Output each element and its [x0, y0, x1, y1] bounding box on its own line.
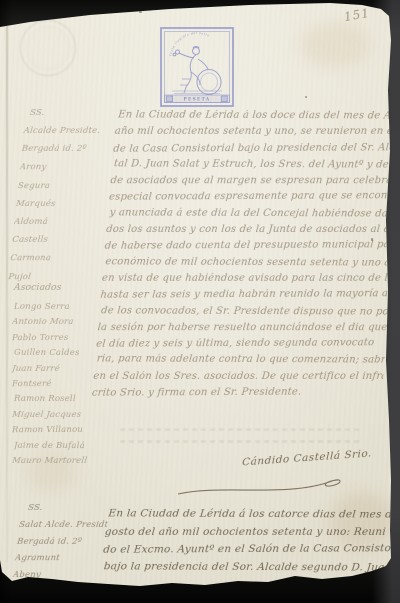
entry2-body-text: En la Ciudad de Lérida á los catorce dia…	[101, 506, 399, 576]
manuscript-line: hasta ser las seis y media habrán reunid…	[100, 287, 391, 305]
asociados-list: Longo SerraAntonio MoraPablo TorresGuill…	[12, 300, 104, 469]
manuscript-line: tal D. Juan Salat y Estruch, los Sres. d…	[113, 156, 400, 174]
manuscript-line: de asociados que al margen se espresan p…	[110, 173, 400, 189]
asociado-name: Antonio Mora	[11, 315, 105, 330]
stamp-value-text: PESETA	[183, 97, 210, 102]
age-stain	[300, 22, 370, 68]
binding-crease	[6, 22, 8, 562]
asociado-name: Guillen Caldes	[14, 346, 104, 362]
attendee-name: Aldomá	[13, 213, 103, 231]
manuscript-page: 151 texto ilegible del sello	[0, 0, 400, 603]
attendee-margin-list-2: SS. Salat Alcde. Presidte.Bergadá id. 2º…	[16, 500, 104, 583]
manuscript-line: en vista de que habiéndose avisado para …	[101, 271, 392, 287]
margin-heading: SS.	[29, 104, 105, 122]
secretary-signature: Cándido Castellá Srio.	[242, 447, 372, 468]
revenue-stamp: texto ilegible del sello PESETA	[160, 27, 234, 107]
asociado-name: Juan Farré	[11, 362, 105, 377]
attendee-name: Salat Alcde. Presidte.	[18, 517, 108, 534]
manuscript-line: y anunciada á este dia la del Concejal h…	[109, 205, 398, 223]
manuscript-line: el día diez y seis y última, siendo segu…	[95, 335, 386, 353]
stamp-arc-text: texto ilegible del sello	[168, 31, 210, 56]
asociado-name: Mauro Martorell	[11, 454, 105, 469]
attendee-name: Castells	[11, 231, 101, 249]
attendee-margin-list: SS. Alcalde Presidte.Bergadá id. 2ºArony…	[16, 104, 104, 286]
manuscript-line: ria, para más adelante contra lo que com…	[96, 352, 385, 370]
asociado-name: Longo Serra	[14, 300, 104, 316]
manuscript-line: bajo la presidencia del Sor. Alcalde seg…	[103, 558, 395, 577]
seated-allegory-icon	[172, 47, 222, 95]
entry1-body-text: En la Ciudad de Lérida á los doce dias d…	[91, 108, 400, 401]
attendee-name: Agramunt	[14, 550, 104, 567]
embossed-dry-seal-icon	[20, 20, 76, 76]
manuscript-line: do el Excmo. Ayuntº en el Salón de la Ca…	[102, 540, 396, 559]
asociado-name: Miguel Jacques	[11, 408, 105, 423]
manuscript-line: en el Salón los Sres. asociados. De que …	[93, 369, 384, 385]
attendee-name: Marqués	[15, 195, 105, 213]
manuscript-line: la sesión por haberse resuelto anunciánd…	[97, 320, 388, 336]
attendee-name: Arony	[19, 159, 109, 177]
photograph-background: 151 texto ilegible del sello	[0, 0, 400, 603]
asociado-name: Ramon Villanou	[12, 423, 104, 439]
attendee-name: Carmona	[9, 250, 99, 268]
ink-speck	[139, 11, 142, 13]
manuscript-line: En la Ciudad de Lérida á los catorce dia…	[108, 505, 400, 524]
asociado-name: Fontseré	[12, 377, 104, 393]
manuscript-line: dos los asuntos y con los de la Junta de…	[105, 222, 396, 238]
attendee-name: Segura	[17, 177, 107, 195]
manuscript-line: crito Srio. y firma con el Sr. President…	[91, 384, 382, 402]
margin-heading: SS.	[27, 500, 105, 517]
asociados-heading: Asociados	[13, 283, 61, 293]
manuscript-line: de haberse dado cuenta del presupuesto m…	[104, 238, 395, 256]
attendee-name: Alcalde Presidte.	[23, 122, 113, 140]
attendee-name: Bergadá id. 2º	[21, 140, 111, 158]
ink-bleedthrough	[120, 428, 360, 450]
attendee-name: Abeny	[12, 566, 102, 583]
manuscript-line: de la Casa Consistorial bajo la presiden…	[113, 140, 400, 158]
ink-speck	[305, 96, 307, 98]
manuscript-line: gosto del año mil ochocientos setenta y …	[104, 524, 398, 542]
signature-rubric-flourish-icon	[172, 468, 352, 506]
folio-number: 151	[343, 6, 371, 24]
manuscript-line: En la Ciudad de Lérida á los doce dias d…	[117, 107, 400, 125]
manuscript-line: de los convocados, el Sr. Presidente dis…	[100, 303, 389, 321]
asociado-name: Jaime de Bufalá	[14, 438, 104, 454]
revenue-stamp-graphic: texto ilegible del sello PESETA	[160, 27, 234, 107]
asociado-name: Pablo Torres	[12, 331, 104, 347]
manuscript-line: año mil ochocientos setenta y uno, se re…	[114, 124, 400, 140]
manuscript-line: económico de mil ochocientos sesenta set…	[105, 254, 394, 272]
manuscript-line: especial convocada espresamente para que…	[108, 189, 399, 207]
attendee-name: Bergadá id. 2º	[16, 533, 106, 550]
